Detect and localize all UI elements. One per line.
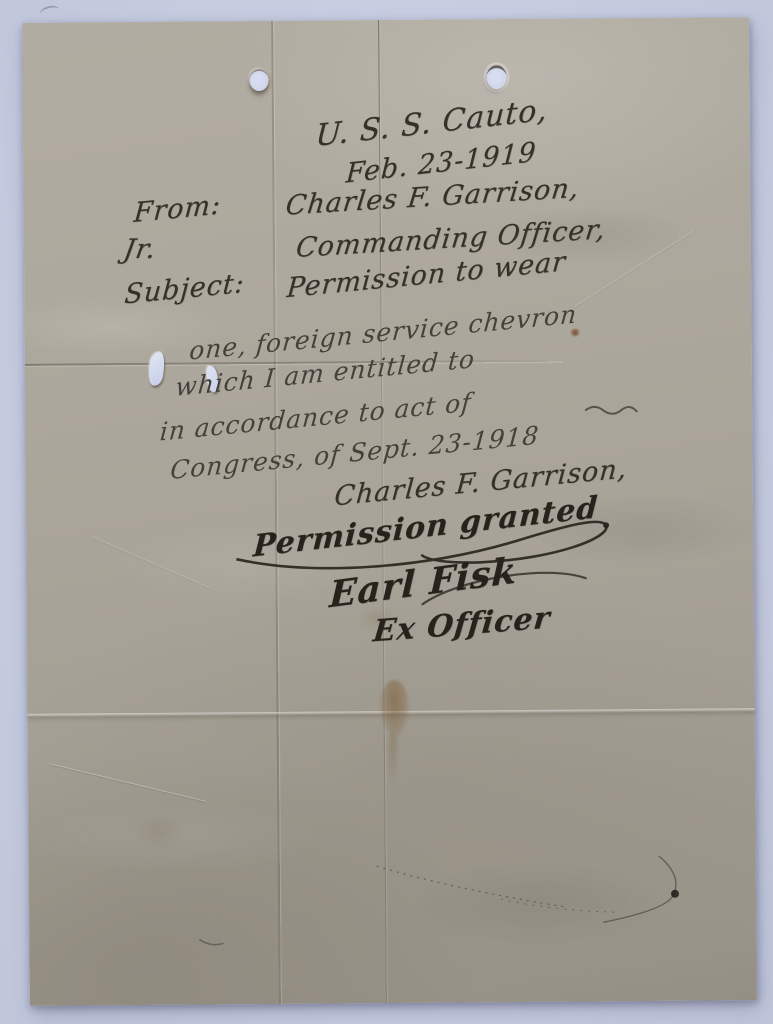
photo-background: U. S. S. Cauto, Feb. 23-1919 From: Charl…: [0, 0, 773, 1024]
from-suffix: Jr.: [124, 234, 157, 265]
letter-paper: U. S. S. Cauto, Feb. 23-1919 From: Charl…: [22, 17, 757, 1006]
punch-hole-right: [486, 65, 506, 89]
punch-hole-left: [250, 69, 269, 91]
dust-fiber: [39, 4, 61, 20]
